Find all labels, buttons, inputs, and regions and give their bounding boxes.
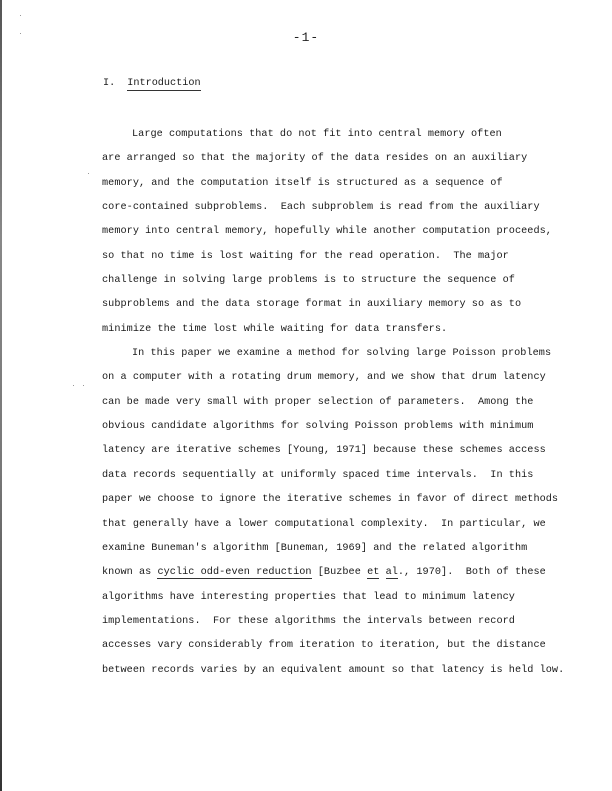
text-line: memory, and the computation itself is st… <box>102 177 564 201</box>
text-line: latency are iterative schemes [Young, 19… <box>102 444 564 468</box>
text-line: can be made very small with proper selec… <box>102 396 564 420</box>
section-number: I. <box>103 78 115 89</box>
underlined-al: al <box>386 567 398 579</box>
section-title: Introduction <box>127 78 200 91</box>
paragraph-2: In this paper we examine a method for so… <box>102 347 564 688</box>
underlined-term: cyclic odd-even reduction <box>157 567 311 579</box>
text-line: examine Buneman's algorithm [Buneman, 19… <box>102 542 564 566</box>
text-line: subproblems and the data storage format … <box>102 298 564 322</box>
text-line: on a computer with a rotating drum memor… <box>102 371 564 395</box>
text-line-with-underline: known as cyclic odd-even reduction [Buzb… <box>102 566 564 590</box>
scan-speck <box>73 385 74 386</box>
text-line: memory into central memory, hopefully wh… <box>102 225 564 249</box>
text-line: accesses vary considerably from iteratio… <box>102 639 564 663</box>
scan-speck <box>20 15 21 16</box>
text-span: [Buzbee <box>312 567 367 578</box>
text-line: minimize the time lost while waiting for… <box>102 323 564 347</box>
underlined-et: et <box>367 567 379 579</box>
text-line: Large computations that do not fit into … <box>102 128 564 152</box>
scan-page-edge <box>0 0 2 791</box>
text-line: are arranged so that the majority of the… <box>102 152 564 176</box>
text-span: known as <box>102 567 157 578</box>
text-line: between records varies by an equivalent … <box>102 664 564 688</box>
paragraph-1: Large computations that do not fit into … <box>102 128 564 347</box>
text-line: paper we choose to ignore the iterative … <box>102 493 564 517</box>
text-line: challenge in solving large problems is t… <box>102 274 564 298</box>
body-text: Large computations that do not fit into … <box>102 128 564 688</box>
text-line: that generally have a lower computationa… <box>102 518 564 542</box>
page-number: -1- <box>0 30 612 45</box>
text-line: In this paper we examine a method for so… <box>102 347 564 371</box>
scan-speck <box>88 173 89 174</box>
text-line: algorithms have interesting properties t… <box>102 591 564 615</box>
text-line: obvious candidate algorithms for solving… <box>102 420 564 444</box>
text-line: implementations. For these algorithms th… <box>102 615 564 639</box>
text-span <box>379 567 385 578</box>
text-span: ., 1970]. Both of these <box>398 567 546 578</box>
text-line: core-contained subproblems. Each subprob… <box>102 201 564 225</box>
text-line: data records sequentially at uniformly s… <box>102 469 564 493</box>
scan-speck <box>83 385 84 386</box>
text-line: so that no time is lost waiting for the … <box>102 250 564 274</box>
section-heading: I.Introduction <box>103 78 201 89</box>
